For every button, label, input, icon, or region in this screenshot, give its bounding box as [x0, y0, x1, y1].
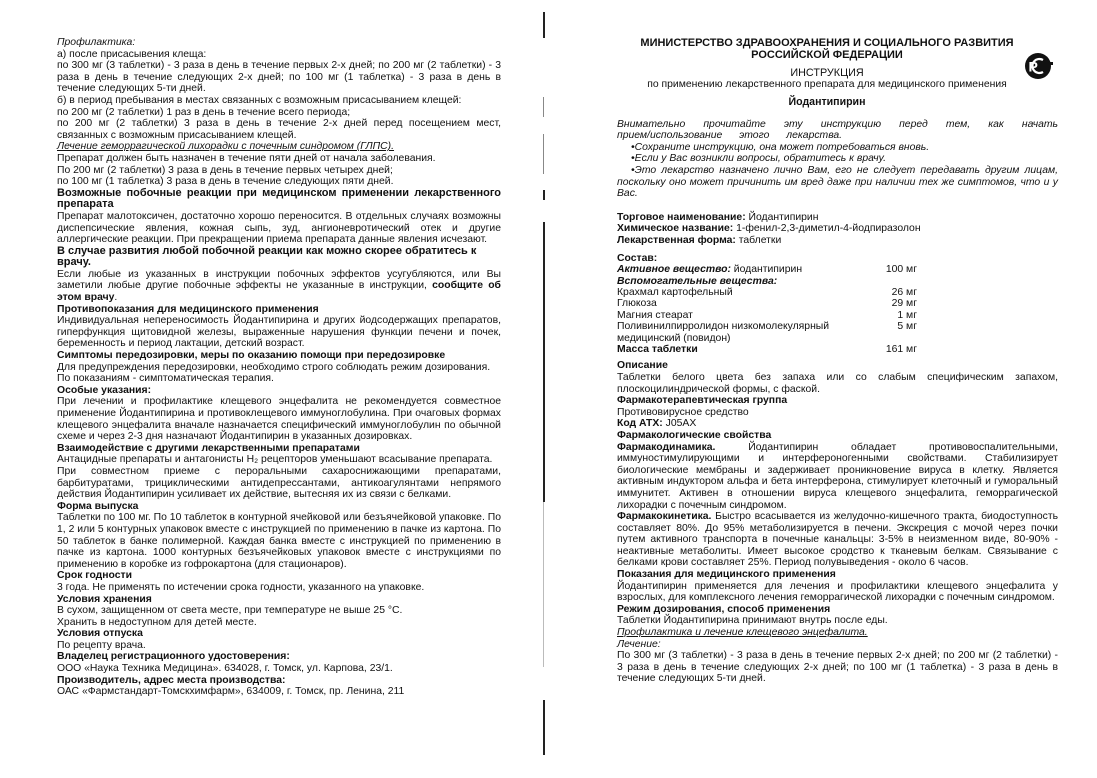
overdose-line1: Для предупреждения передозировки, необхо…	[57, 362, 501, 374]
side-effects-warning: В случае развития любой побочной реакции…	[57, 246, 501, 269]
overdose-line2: По показаниям - симптоматическая терапия…	[57, 373, 501, 385]
side-effects-note-end: .	[114, 292, 117, 303]
excipient-name: Крахмал картофельный	[617, 287, 857, 298]
trade-name-label: Торговое наименование:	[617, 212, 746, 223]
active-amount: 100 мг	[857, 264, 917, 275]
pharmacodynamics-label: Фармакодинамика.	[617, 442, 715, 453]
pharmacokinetics: Фармакокинетика. Быстро всасывается из ж…	[617, 511, 1058, 569]
special-text: При лечении и профилактике клещевого энц…	[57, 396, 501, 442]
interaction-line1: Антацидные препараты и антагонисты H₂ ре…	[57, 454, 501, 466]
description-text: Таблетки белого цвета без запаха или со …	[617, 372, 1058, 395]
dosage-form-value: таблетки	[736, 235, 781, 246]
contraindications-text: Индивидуальная непереносимость Йодантипи…	[57, 315, 501, 350]
excipient-row: Крахмал картофельный 26 мг	[617, 287, 917, 298]
dosage-heading: Режим дозирования, способ применения	[617, 604, 1058, 616]
document-type: ИНСТРУКЦИЯ	[627, 68, 1027, 80]
side-effects-text: Препарат малотоксичен, достаточно хорошо…	[57, 211, 501, 246]
right-page: МИНИСТЕРСТВО ЗДРАВООХРАНЕНИЯ И СОЦИАЛЬНО…	[617, 37, 1058, 685]
chemical-name: Химическое название: 1-фенил-2,3-диметил…	[617, 223, 1058, 235]
side-effects-heading: Возможные побочные реакции при медицинск…	[57, 188, 501, 211]
indications-text: Йодантипирин применяется для лечения и п…	[617, 581, 1058, 604]
ministry-line1: МИНИСТЕРСТВО ЗДРАВООХРАНЕНИЯ И СОЦИАЛЬНО…	[627, 37, 1027, 49]
page-fold-line	[543, 97, 544, 117]
prophylaxis-b-line2: по 200 мг (2 таблетки) 3 раза в день в т…	[57, 118, 501, 141]
storage-line2: Хранить в недоступном для детей месте.	[57, 617, 501, 629]
indications-heading: Показания для медицинского применения	[617, 569, 1058, 581]
warning-item: •Это лекарство назначено лично Вам, его …	[617, 165, 1058, 200]
pharm-props-heading: Фармакологические свойства	[617, 430, 1058, 442]
dosage-form: Лекарственная форма: таблетки	[617, 235, 1058, 247]
manufacturer-text: ОАС «Фармстандарт-Томскхимфарм», 634009,…	[57, 686, 501, 698]
form-text: Таблетки по 100 мг. По 10 таблеток в кон…	[57, 512, 501, 570]
excipient-name: Магния стеарат	[617, 310, 857, 321]
shelf-life-heading: Срок годности	[57, 570, 501, 582]
pharmacokinetics-label: Фармакокинетика.	[617, 511, 711, 522]
special-heading: Особые указания:	[57, 385, 501, 397]
atc-label: Код АТХ:	[617, 418, 663, 429]
excipient-amount: 1 мг	[857, 310, 917, 321]
warning-intro: Внимательно прочитайте эту инструкцию пе…	[617, 119, 1058, 142]
composition-table: Активное вещество: йодантипирин 100 мг В…	[617, 264, 917, 355]
excipient-name: Поливинилпирролидон низкомолекулярный ме…	[617, 321, 857, 344]
treatment-text: По 300 мг (3 таблетки) - 3 раза в день в…	[617, 650, 1058, 685]
prophylaxis-b-line1: по 200 мг (2 таблетки) 1 раз в день в те…	[57, 107, 501, 119]
dispensing-text: По рецепту врача.	[57, 640, 501, 652]
document-header: МИНИСТЕРСТВО ЗДРАВООХРАНЕНИЯ И СОЦИАЛЬНО…	[627, 37, 1027, 109]
atc-code: Код АТХ: J05AX	[617, 418, 1058, 430]
description-heading: Описание	[617, 360, 1058, 372]
prophylaxis-a-title: а) после присасывения клеща:	[57, 49, 501, 61]
composition-row-active: Активное вещество: йодантипирин 100 мг	[617, 264, 917, 275]
treatment-label: Лечение:	[617, 639, 1058, 651]
interaction-heading: Взаимодействие с другими лекарственными …	[57, 443, 501, 455]
hfrs-line2: По 200 мг (2 таблетки) 3 раза в день в т…	[57, 165, 501, 177]
excipient-amount: 5 мг	[857, 321, 917, 344]
warning-item: •Если у Вас возникли вопросы, обратитесь…	[617, 153, 1058, 165]
side-effects-note: Если любые из указанных в инструкции поб…	[57, 269, 501, 304]
excipient-amount: 26 мг	[857, 287, 917, 298]
composition-row-excipients-label: Вспомогательные вещества:	[617, 276, 917, 287]
interaction-line2: При совместном приеме с пероральными сах…	[57, 466, 501, 501]
excipient-name: Глюкоза	[617, 298, 857, 309]
drug-title: Йодантипирин	[627, 97, 1027, 109]
holder-text: ООО «Наука Техника Медицина». 634028, г.…	[57, 663, 501, 675]
shelf-life-text: 3 года. Не применять по истечении срока …	[57, 582, 501, 594]
pharm-group-heading: Фармакотерапевтическая группа	[617, 395, 1058, 407]
dispensing-heading: Условия отпуска	[57, 628, 501, 640]
atc-value: J05AX	[663, 418, 697, 429]
tablet-mass-row: Масса таблетки 161 мг	[617, 344, 917, 355]
page-fold-line	[543, 502, 544, 667]
dosage-line1: Таблетки Йодантипирина принимают внутрь …	[617, 615, 1058, 627]
warning-item: •Сохраните инструкцию, она может потребо…	[617, 142, 1058, 154]
trade-name-value: Йодантипирин	[746, 212, 819, 223]
ministry-line2: РОССИЙСКОЙ ФЕДЕРАЦИИ	[627, 49, 1027, 61]
storage-line1: В сухом, защищенном от света месте, при …	[57, 605, 501, 617]
trade-name: Торговое наименование: Йодантипирин	[617, 212, 1058, 224]
dosage-form-label: Лекарственная форма:	[617, 235, 736, 246]
hfrs-line1: Препарат должен быть назначен в течение …	[57, 153, 501, 165]
excipient-row: Глюкоза 29 мг	[617, 298, 917, 309]
excipient-row: Поливинилпирролидон низкомолекулярный ме…	[617, 321, 917, 344]
dosage-subheading: Профилактика и лечение клещевого энцефал…	[617, 627, 1058, 639]
reading-warning: Внимательно прочитайте эту инструкцию пе…	[617, 119, 1058, 200]
form-heading: Форма выпуска	[57, 501, 501, 513]
spacer	[617, 200, 1058, 212]
storage-heading: Условия хранения	[57, 594, 501, 606]
tablet-mass-label: Масса таблетки	[617, 344, 857, 355]
excipients-label: Вспомогательные вещества:	[617, 276, 917, 287]
document-subtitle: по применению лекарственного препарата д…	[627, 79, 1027, 91]
composition-heading: Состав:	[617, 253, 1058, 265]
contraindications-heading: Противопоказания для медицинского примен…	[57, 304, 501, 316]
overdose-heading: Симптомы передозировки, меры по оказанию…	[57, 350, 501, 362]
excipient-row: Магния стеарат 1 мг	[617, 310, 917, 321]
prophylaxis-b-title: б) в период пребывания в местах связанны…	[57, 95, 501, 107]
pharmacodynamics: Фармакодинамика. Йодантипирин обладает п…	[617, 442, 1058, 512]
prophylaxis-heading: Профилактика:	[57, 37, 501, 49]
hfrs-line3: по 100 мг (1 таблетка) 3 раза в день в т…	[57, 176, 501, 188]
manufacturer-heading: Производитель, адрес места производства:	[57, 675, 501, 687]
tablet-mass-value: 161 мг	[857, 344, 917, 355]
page-fold-line	[543, 190, 545, 200]
pharm-group-text: Противовирусное средство	[617, 407, 1058, 419]
excipient-amount: 29 мг	[857, 298, 917, 309]
prophylaxis-a-text: по 300 мг (3 таблетки) - 3 раза в день в…	[57, 60, 501, 95]
active-name: йодантипирин	[731, 264, 802, 275]
page-fold-line	[543, 700, 545, 755]
left-page: Профилактика: а) после присасывения клещ…	[57, 37, 501, 698]
active-substance: Активное вещество: йодантипирин	[617, 264, 857, 275]
page-fold-line	[543, 222, 545, 502]
page-fold-line	[543, 12, 545, 38]
hfrs-heading: Лечение геморрагической лихорадки с поче…	[57, 141, 501, 153]
holder-heading: Владелец регистрационного удостоверения:	[57, 651, 501, 663]
page-fold-line	[543, 134, 544, 174]
chemical-name-label: Химическое название:	[617, 223, 733, 234]
chemical-name-value: 1-фенил-2,3-диметил-4-йодпиразолон	[733, 223, 920, 234]
active-label: Активное вещество:	[617, 264, 731, 275]
